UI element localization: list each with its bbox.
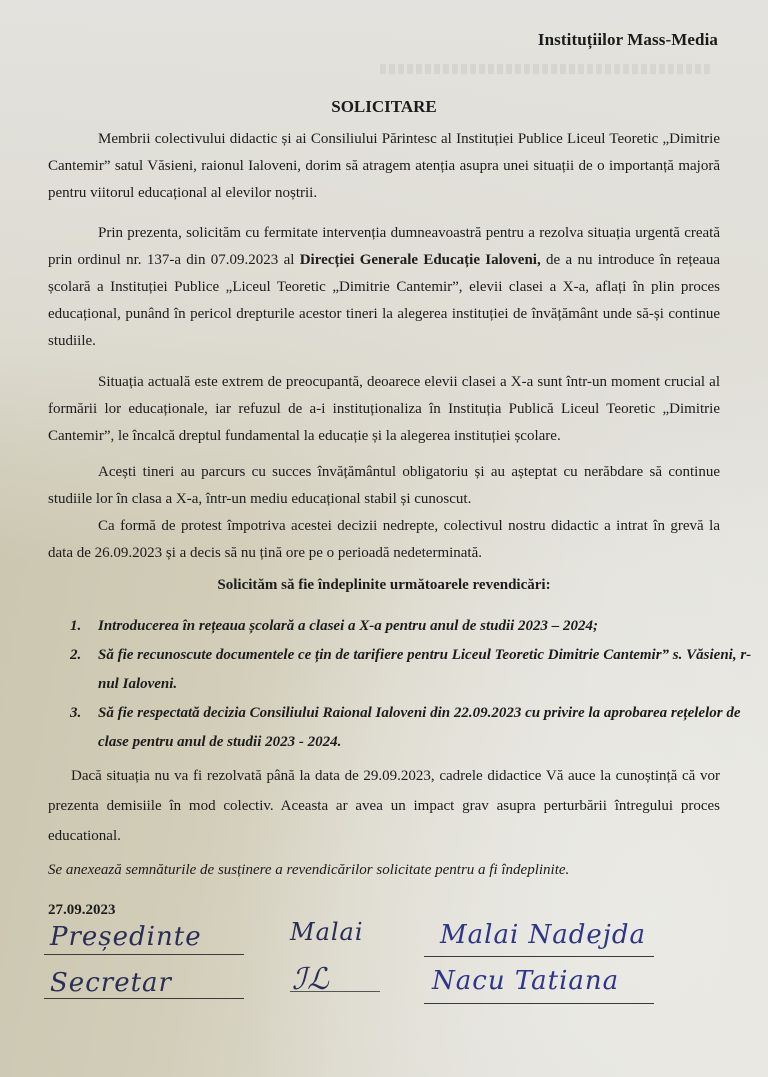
signature-line: [44, 954, 244, 955]
directorate-name: Direcției Generale Educație Ialoveni,: [300, 252, 541, 268]
signature-line: [424, 956, 654, 957]
paragraph-ultimatum: Dacă situația nu va fi rezolvată până la…: [48, 761, 720, 851]
paragraph-students: Acești tineri au parcurs cu succes învăț…: [48, 459, 720, 513]
request-item: 1. Introducerea în rețeaua școlară a cla…: [70, 612, 760, 641]
paragraph-request: Prin prezenta, solicităm cu fermitate in…: [48, 220, 720, 355]
document-date: 27.09.2023: [48, 902, 116, 919]
scanned-letter: Instituțiilor Mass-Media SOLICITARE Memb…: [0, 0, 768, 1077]
request-text: Să fie recunoscute documentele ce țin de…: [98, 641, 760, 699]
requests-list: 1. Introducerea în rețeaua școlară a cla…: [70, 612, 760, 757]
paragraph-strike: Ca formă de protest împotriva acestei de…: [48, 513, 720, 567]
request-number: 3.: [70, 699, 98, 757]
role-president: Președinte: [50, 922, 202, 952]
paragraph-situation: Situația actuală este extrem de preocupa…: [48, 369, 720, 450]
addressee: Instituțiilor Mass-Media: [538, 30, 718, 50]
name-president: Malai Nadejda: [440, 920, 646, 950]
request-number: 1.: [70, 612, 98, 641]
signature-line: [290, 991, 380, 992]
requests-heading: Solicităm să fie îndeplinite următoarele…: [0, 577, 768, 594]
signature-line: [44, 998, 244, 999]
annex-note: Se anexează semnăturile de susținere a r…: [48, 862, 569, 879]
request-text: Introducerea în rețeaua școlară a clasei…: [98, 612, 760, 641]
role-secretary: Secretar: [50, 968, 172, 998]
signature-president: Malai: [290, 918, 364, 946]
paragraph-intro: Membrii colectivului didactic și ai Cons…: [48, 126, 720, 207]
request-item: 3. Să fie respectată decizia Consiliului…: [70, 699, 760, 757]
name-secretary: Nacu Tatiana: [432, 966, 619, 996]
signature-line: [424, 1003, 654, 1004]
request-number: 2.: [70, 641, 98, 699]
bleed-through-text: [380, 64, 710, 74]
request-text: Să fie respectată decizia Consiliului Ra…: [98, 699, 760, 757]
document-title: SOLICITARE: [0, 97, 768, 117]
request-item: 2. Să fie recunoscute documentele ce țin…: [70, 641, 760, 699]
